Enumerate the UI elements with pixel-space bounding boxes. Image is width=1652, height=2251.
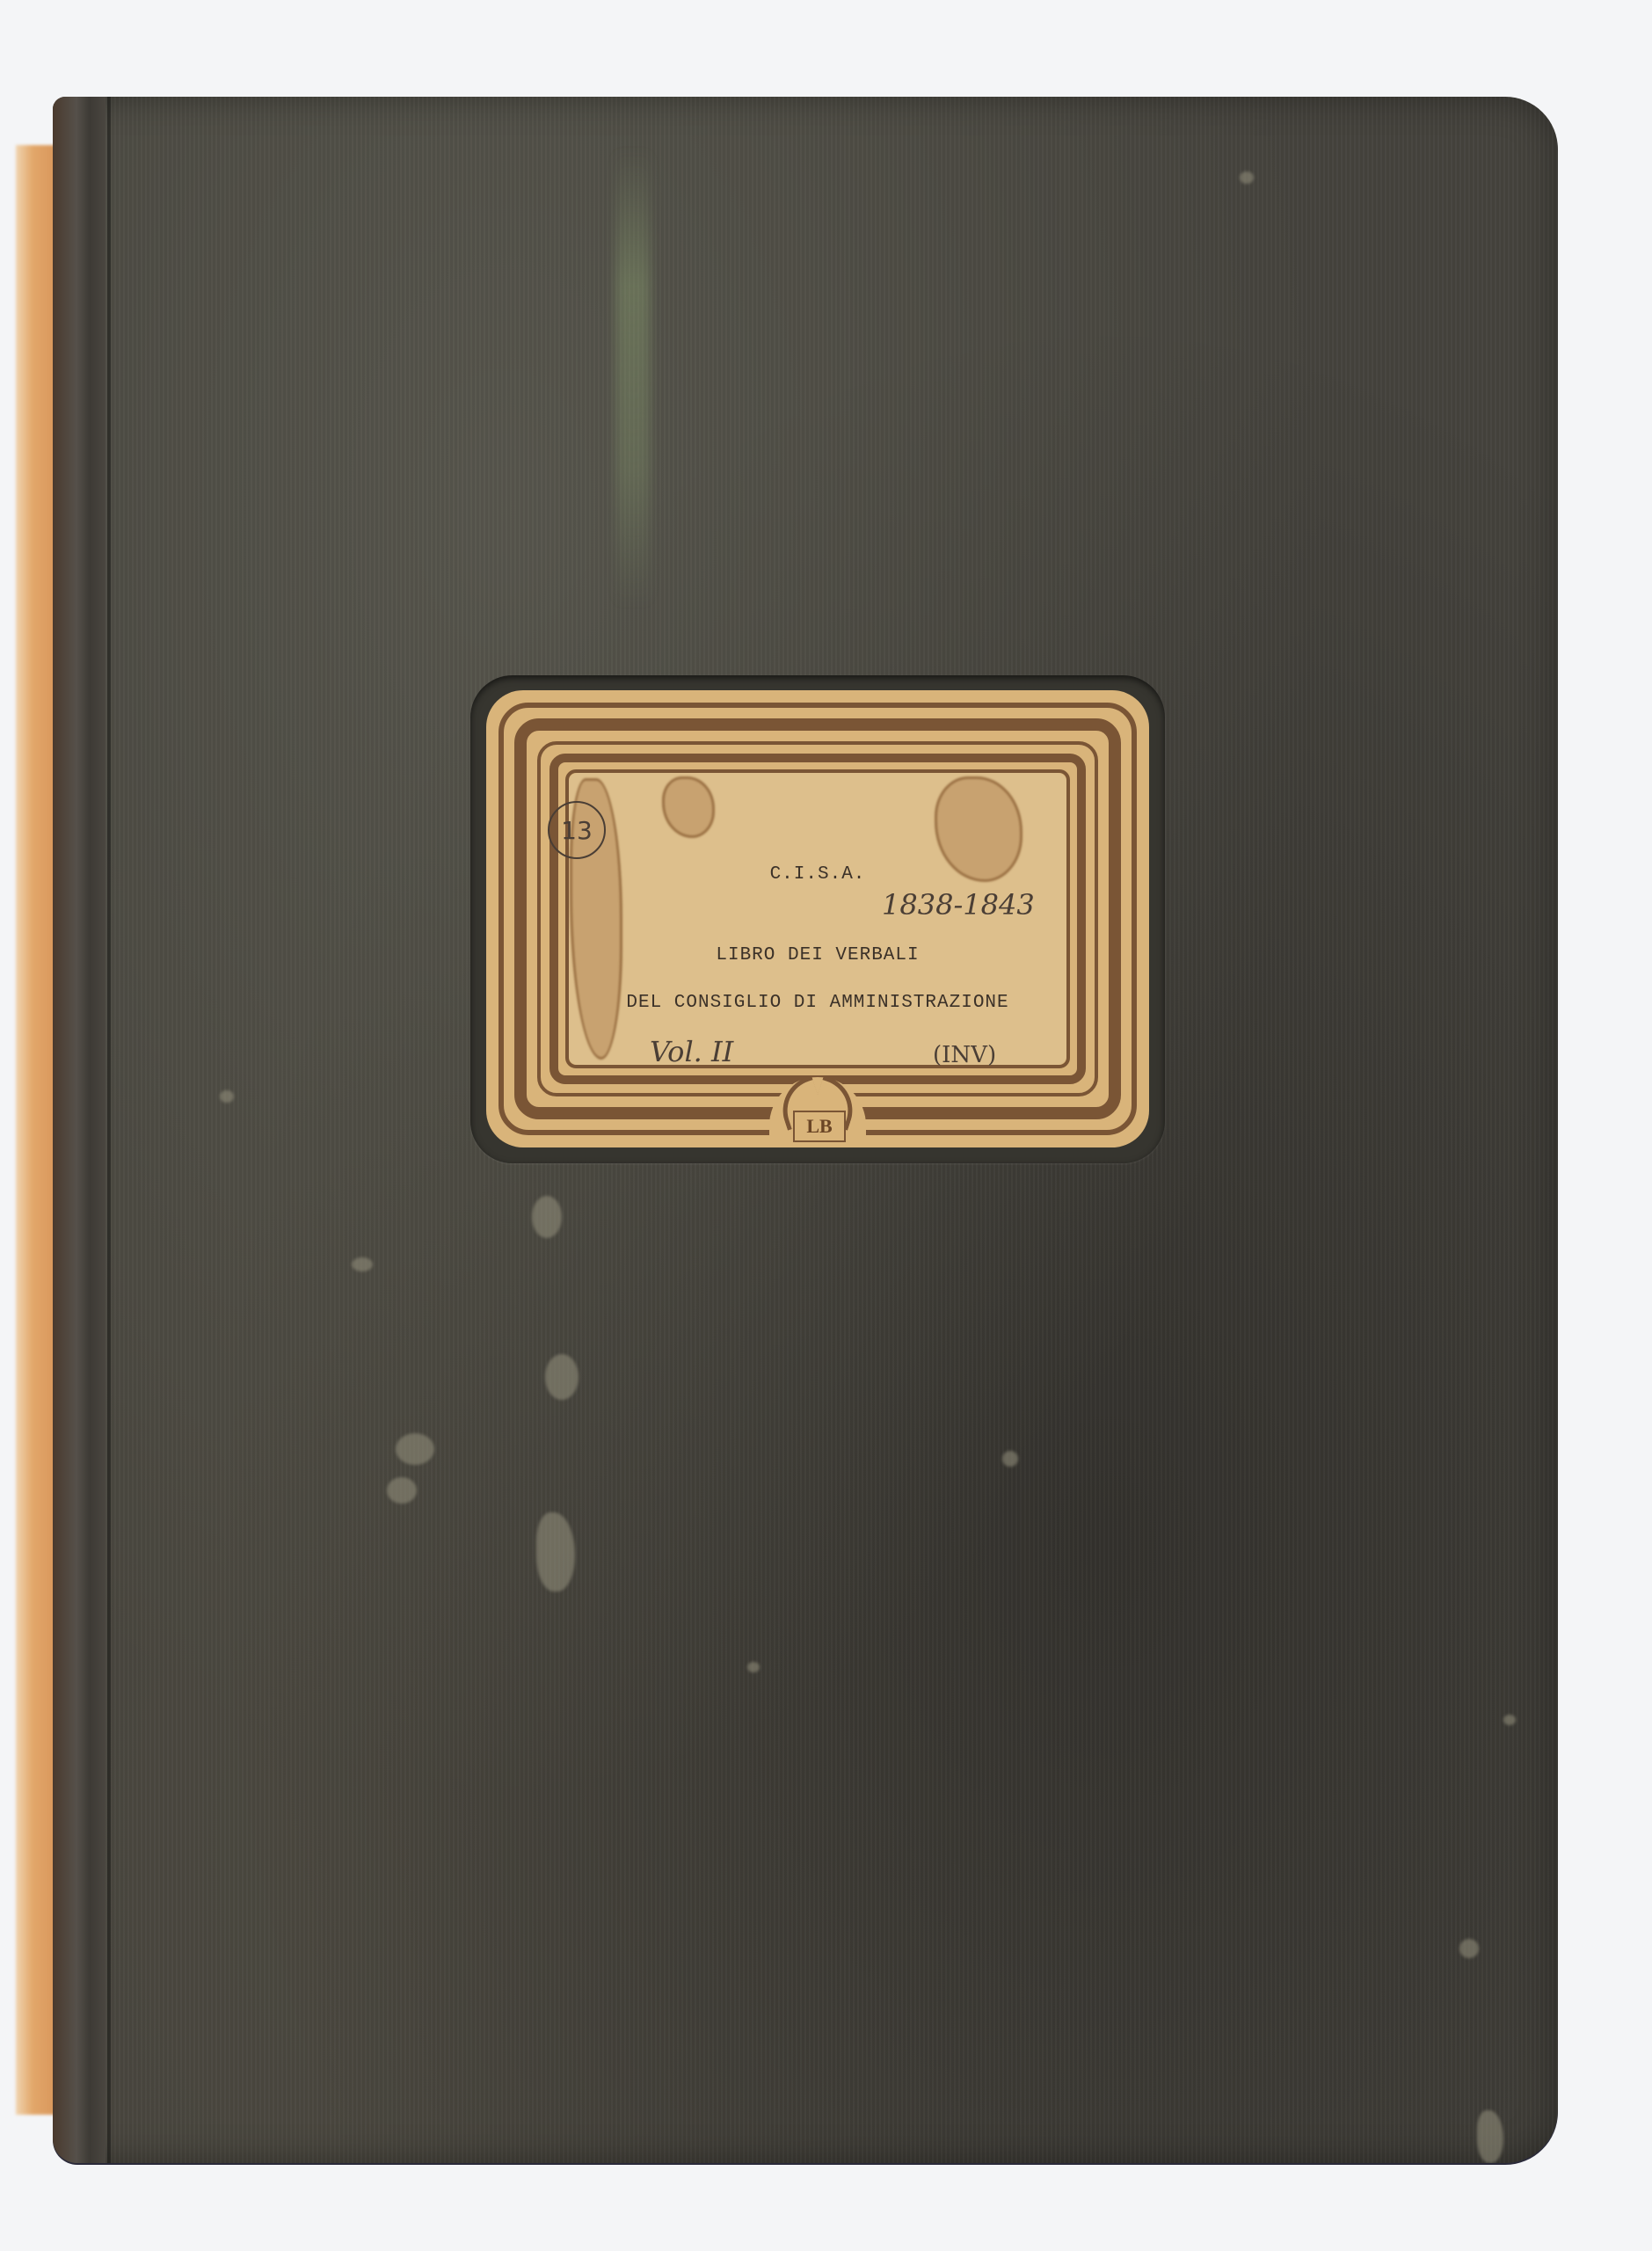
spine-hinge bbox=[53, 97, 106, 2163]
wear-streak bbox=[615, 149, 651, 607]
emblem-text: LB bbox=[806, 1115, 832, 1138]
emblem-badge: LB bbox=[793, 1111, 846, 1142]
title-line-1: LIBRO DEI VERBALI bbox=[486, 945, 1149, 965]
water-spot bbox=[352, 1257, 373, 1271]
company-name: C.I.S.A. bbox=[486, 864, 1149, 885]
water-spot bbox=[1477, 2110, 1503, 2163]
water-spot bbox=[1240, 171, 1254, 184]
water-spot bbox=[747, 1662, 760, 1672]
spine-crease bbox=[107, 97, 111, 2163]
cover-label: 13 C.I.S.A. 1838-1843 LIBRO DEI VERBALI … bbox=[486, 690, 1149, 1147]
water-spot bbox=[387, 1477, 417, 1504]
water-spot bbox=[545, 1354, 579, 1400]
water-spot bbox=[1002, 1451, 1018, 1467]
volume-number: Vol. II bbox=[650, 1035, 733, 1068]
year-range: 1838-1843 bbox=[882, 888, 1035, 922]
water-spot bbox=[396, 1433, 434, 1465]
water-spot bbox=[220, 1090, 234, 1103]
page-edge-strip bbox=[16, 145, 58, 2115]
title-line-2: DEL CONSIGLIO DI AMMINISTRAZIONE bbox=[486, 993, 1149, 1013]
water-spot bbox=[536, 1512, 575, 1592]
circled-number-text: 13 bbox=[561, 816, 593, 845]
water-spot bbox=[532, 1196, 562, 1238]
circled-number: 13 bbox=[548, 801, 606, 859]
inventory-annotation: (INV) bbox=[933, 1042, 996, 1068]
water-spot bbox=[1459, 1939, 1479, 1958]
water-spot bbox=[1503, 1715, 1516, 1725]
